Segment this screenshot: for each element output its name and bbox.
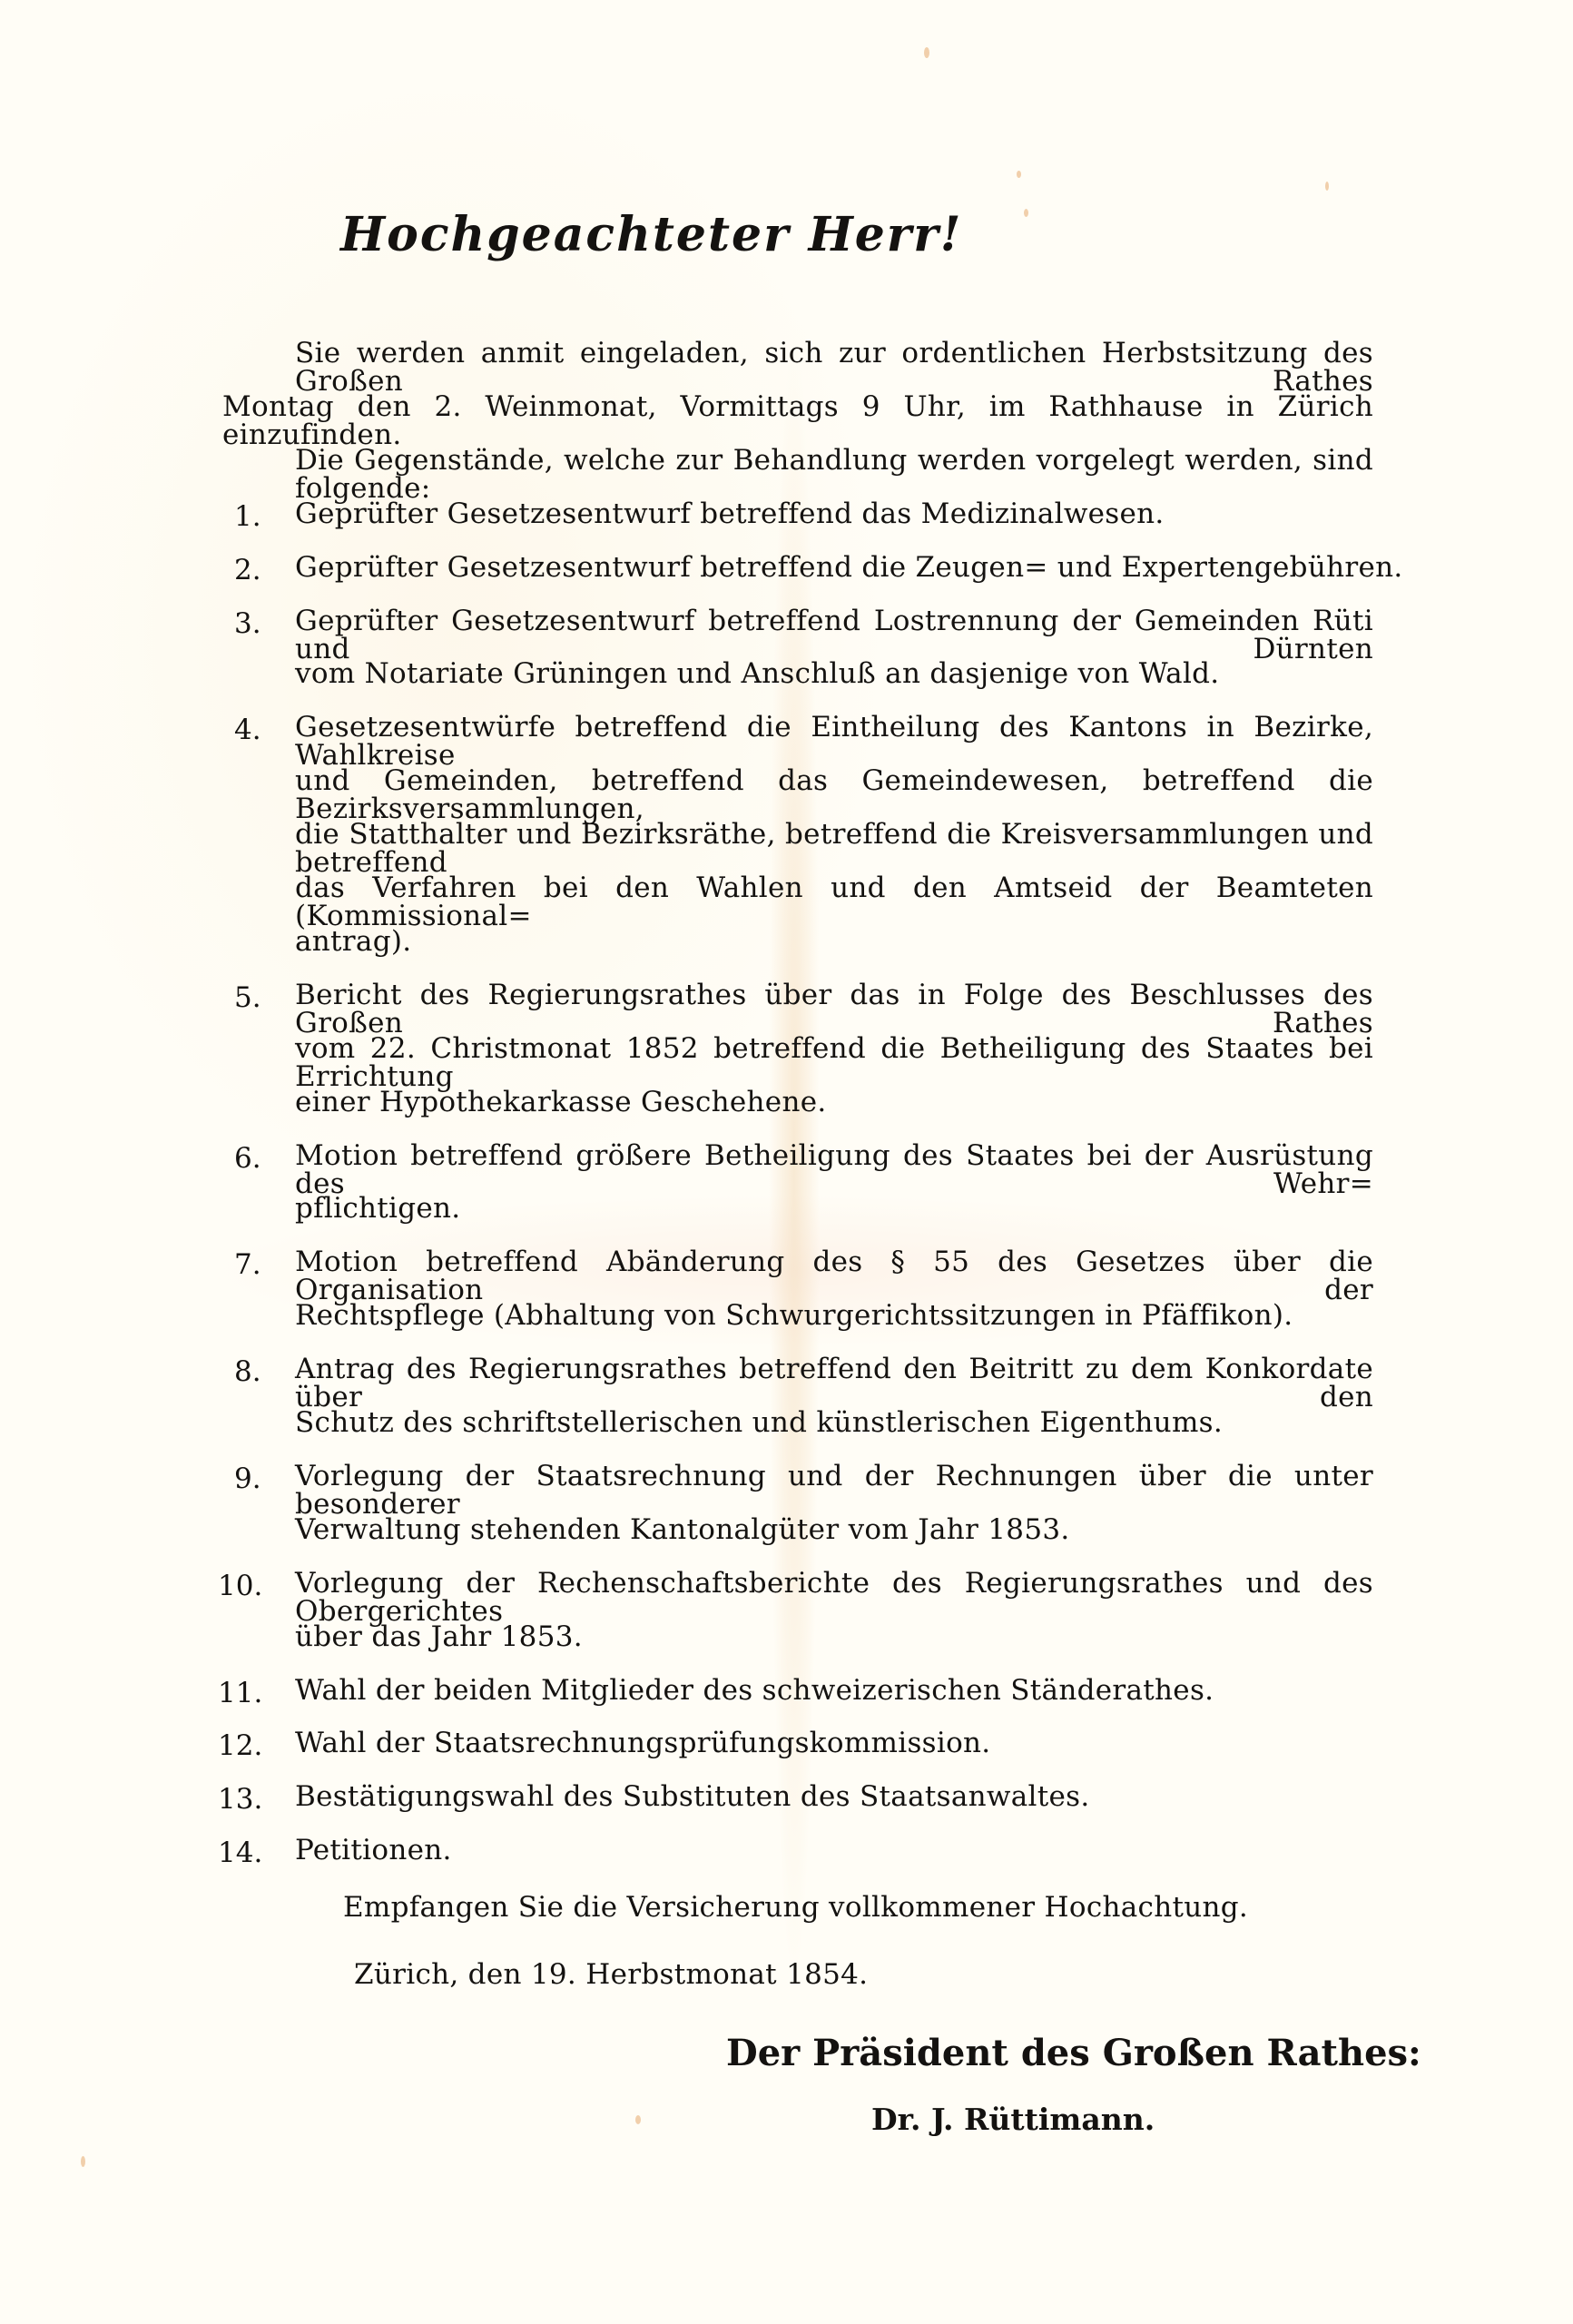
- agenda-item-line: Petitionen.: [295, 1837, 452, 1865]
- stain-spot: [1024, 209, 1028, 217]
- agenda-item-number: 6.: [234, 1142, 261, 1175]
- agenda-item-line: Gesetzesentwürfe betreffend die Eintheil…: [295, 714, 1373, 746]
- agenda-item-line: Wahl der Staatsrechnungsprüfungskommissi…: [295, 1729, 990, 1758]
- signature-title: Der Präsident des Großen Rathes:: [726, 2032, 1421, 2074]
- signature-name: Dr. J. Rüttimann.: [871, 2102, 1155, 2137]
- agenda-item-number: 14.: [218, 1837, 262, 1869]
- agenda-item-line: Schutz des schriftstellerischen und küns…: [295, 1409, 1223, 1437]
- stain-spot: [635, 2115, 641, 2124]
- stain-spot: [924, 47, 929, 58]
- agenda-item-line: über das Jahr 1853.: [295, 1623, 583, 1651]
- stain-spot: [1017, 171, 1021, 178]
- agenda-item-line: Rechtspflege (Abhaltung von Schwurgerich…: [295, 1302, 1293, 1330]
- agenda-item-line: Motion betreffend größere Betheiligung d…: [295, 1142, 1373, 1175]
- agenda-item-line: Geprüfter Gesetzesentwurf betreffend Los…: [295, 607, 1373, 640]
- agenda-item-line: Verwaltung stehenden Kantonalgüter vom J…: [295, 1516, 1070, 1544]
- place-date: Zürich, den 19. Herbstmonat 1854.: [354, 1961, 868, 1989]
- agenda-item-line: Antrag des Regierungsrathes betreffend d…: [295, 1355, 1373, 1388]
- agenda-item-line: Wahl der beiden Mitglieder des schweizer…: [295, 1677, 1214, 1705]
- intro-line: Montag den 2. Weinmonat, Vormittags 9 Uh…: [222, 393, 1373, 426]
- agenda-item-line: Geprüfter Gesetzesentwurf betreffend das…: [295, 500, 1165, 528]
- intro-line: Sie werden anmit eingeladen, sich zur or…: [295, 340, 1373, 372]
- agenda-item-line: Vorlegung der Staatsrechnung und der Rec…: [295, 1462, 1373, 1495]
- agenda-item-line: Vorlegung der Rechenschaftsberichte des …: [295, 1570, 1373, 1602]
- agenda-item-line: Bericht des Regierungsrathes über das in…: [295, 981, 1373, 1014]
- salutation-heading: Hochgeachteter Herr!: [340, 207, 962, 262]
- agenda-item-number: 8.: [234, 1355, 261, 1388]
- agenda-item-number: 5.: [234, 981, 261, 1014]
- agenda-item-number: 7.: [234, 1248, 261, 1281]
- agenda-item-number: 10.: [218, 1570, 262, 1602]
- agenda-item-line: antrag).: [295, 928, 411, 956]
- agenda-item-line: Bestätigungswahl des Substituten des Sta…: [295, 1783, 1089, 1811]
- agenda-item-line: Geprüfter Gesetzesentwurf betreffend die…: [295, 554, 1403, 582]
- agenda-item-number: 4.: [234, 714, 261, 746]
- agenda-item-number: 3.: [234, 607, 261, 640]
- agenda-item-number: 9.: [234, 1462, 261, 1495]
- agenda-item-line: vom Notariate Grüningen und Anschluß an …: [295, 660, 1219, 688]
- agenda-item-line: pflichtigen.: [295, 1195, 460, 1223]
- agenda-item-line: vom 22. Christmonat 1852 betreffend die …: [295, 1035, 1373, 1068]
- stain-spot: [81, 2156, 85, 2167]
- intro-line: Die Gegenstände, welche zur Behandlung w…: [295, 447, 1373, 479]
- agenda-item-number: 11.: [218, 1677, 262, 1709]
- stain-spot: [1325, 182, 1329, 191]
- agenda-item-line: das Verfahren bei den Wahlen und den Amt…: [295, 874, 1373, 907]
- agenda-item-number: 2.: [234, 554, 261, 586]
- agenda-item-number: 1.: [234, 500, 261, 533]
- agenda-item-number: 12.: [218, 1729, 262, 1762]
- agenda-item-line: einer Hypothekarkasse Geschehene.: [295, 1088, 827, 1117]
- agenda-item-number: 13.: [218, 1783, 262, 1816]
- agenda-item-line: die Statthalter und Bezirksräthe, betref…: [295, 821, 1373, 853]
- agenda-item-line: und Gemeinden, betreffend das Gemeindewe…: [295, 767, 1373, 800]
- closing-line: Empfangen Sie die Versicherung vollkomme…: [343, 1894, 1248, 1922]
- agenda-item-line: Motion betreffend Abänderung des § 55 de…: [295, 1248, 1373, 1281]
